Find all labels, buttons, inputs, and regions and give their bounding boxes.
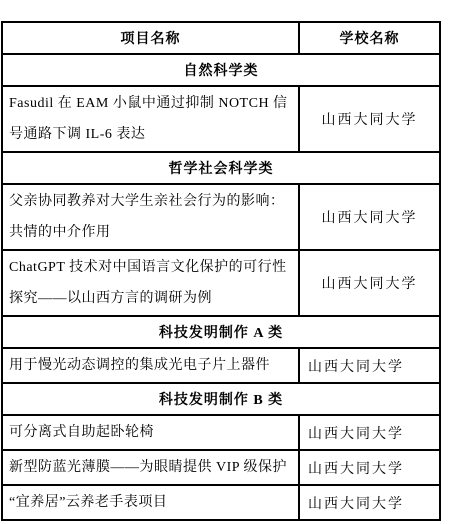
project-row: 用于慢光动态调控的集成光电子片上器件山西大同大学: [2, 348, 440, 383]
category-label: 自然科学类: [2, 54, 440, 86]
category-section-row: 科技发明制作 B 类: [2, 383, 440, 415]
project-row: ChatGPT 技术对中国语言文化保护的可行性探究——以山西方言的调研为例山西大…: [2, 250, 440, 316]
school-name-cell: 山西大同大学: [299, 184, 440, 250]
school-name-cell: 山西大同大学: [299, 450, 440, 485]
project-name-cell: 父亲协同教养对大学生亲社会行为的影响：共情的中介作用: [2, 184, 299, 250]
project-name-cell: 用于慢光动态调控的集成光电子片上器件: [2, 348, 299, 383]
school-name-cell: 山西大同大学: [299, 415, 440, 450]
project-name-cell: Fasudil 在 EAM 小鼠中通过抑制 NOTCH 信号通路下调 IL-6 …: [2, 86, 299, 152]
project-name-cell: “宜养居”云养老手表项目: [2, 485, 299, 520]
project-awards-table: 项目名称 学校名称 自然科学类Fasudil 在 EAM 小鼠中通过抑制 NOT…: [1, 21, 441, 521]
project-name-cell: 新型防蓝光薄膜——为眼睛提供 VIP 级保护: [2, 450, 299, 485]
category-label: 科技发明制作 B 类: [2, 383, 440, 415]
school-name-cell: 山西大同大学: [299, 485, 440, 520]
category-section-row: 科技发明制作 A 类: [2, 316, 440, 348]
school-name-cell: 山西大同大学: [299, 250, 440, 316]
project-row: 可分离式自助起卧轮椅山西大同大学: [2, 415, 440, 450]
project-row: 父亲协同教养对大学生亲社会行为的影响：共情的中介作用山西大同大学: [2, 184, 440, 250]
category-label: 哲学社会科学类: [2, 152, 440, 184]
table-body: 自然科学类Fasudil 在 EAM 小鼠中通过抑制 NOTCH 信号通路下调 …: [2, 54, 440, 520]
header-row: 项目名称 学校名称: [2, 22, 440, 54]
project-name-cell: ChatGPT 技术对中国语言文化保护的可行性探究——以山西方言的调研为例: [2, 250, 299, 316]
category-section-row: 自然科学类: [2, 54, 440, 86]
project-name-cell: 可分离式自助起卧轮椅: [2, 415, 299, 450]
project-row: Fasudil 在 EAM 小鼠中通过抑制 NOTCH 信号通路下调 IL-6 …: [2, 86, 440, 152]
project-row: 新型防蓝光薄膜——为眼睛提供 VIP 级保护山西大同大学: [2, 450, 440, 485]
school-name-cell: 山西大同大学: [299, 348, 440, 383]
column-header-project-name: 项目名称: [2, 22, 299, 54]
category-label: 科技发明制作 A 类: [2, 316, 440, 348]
column-header-school-name: 学校名称: [299, 22, 440, 54]
table-header: 项目名称 学校名称: [2, 22, 440, 54]
project-row: “宜养居”云养老手表项目山西大同大学: [2, 485, 440, 520]
school-name-cell: 山西大同大学: [299, 86, 440, 152]
category-section-row: 哲学社会科学类: [2, 152, 440, 184]
